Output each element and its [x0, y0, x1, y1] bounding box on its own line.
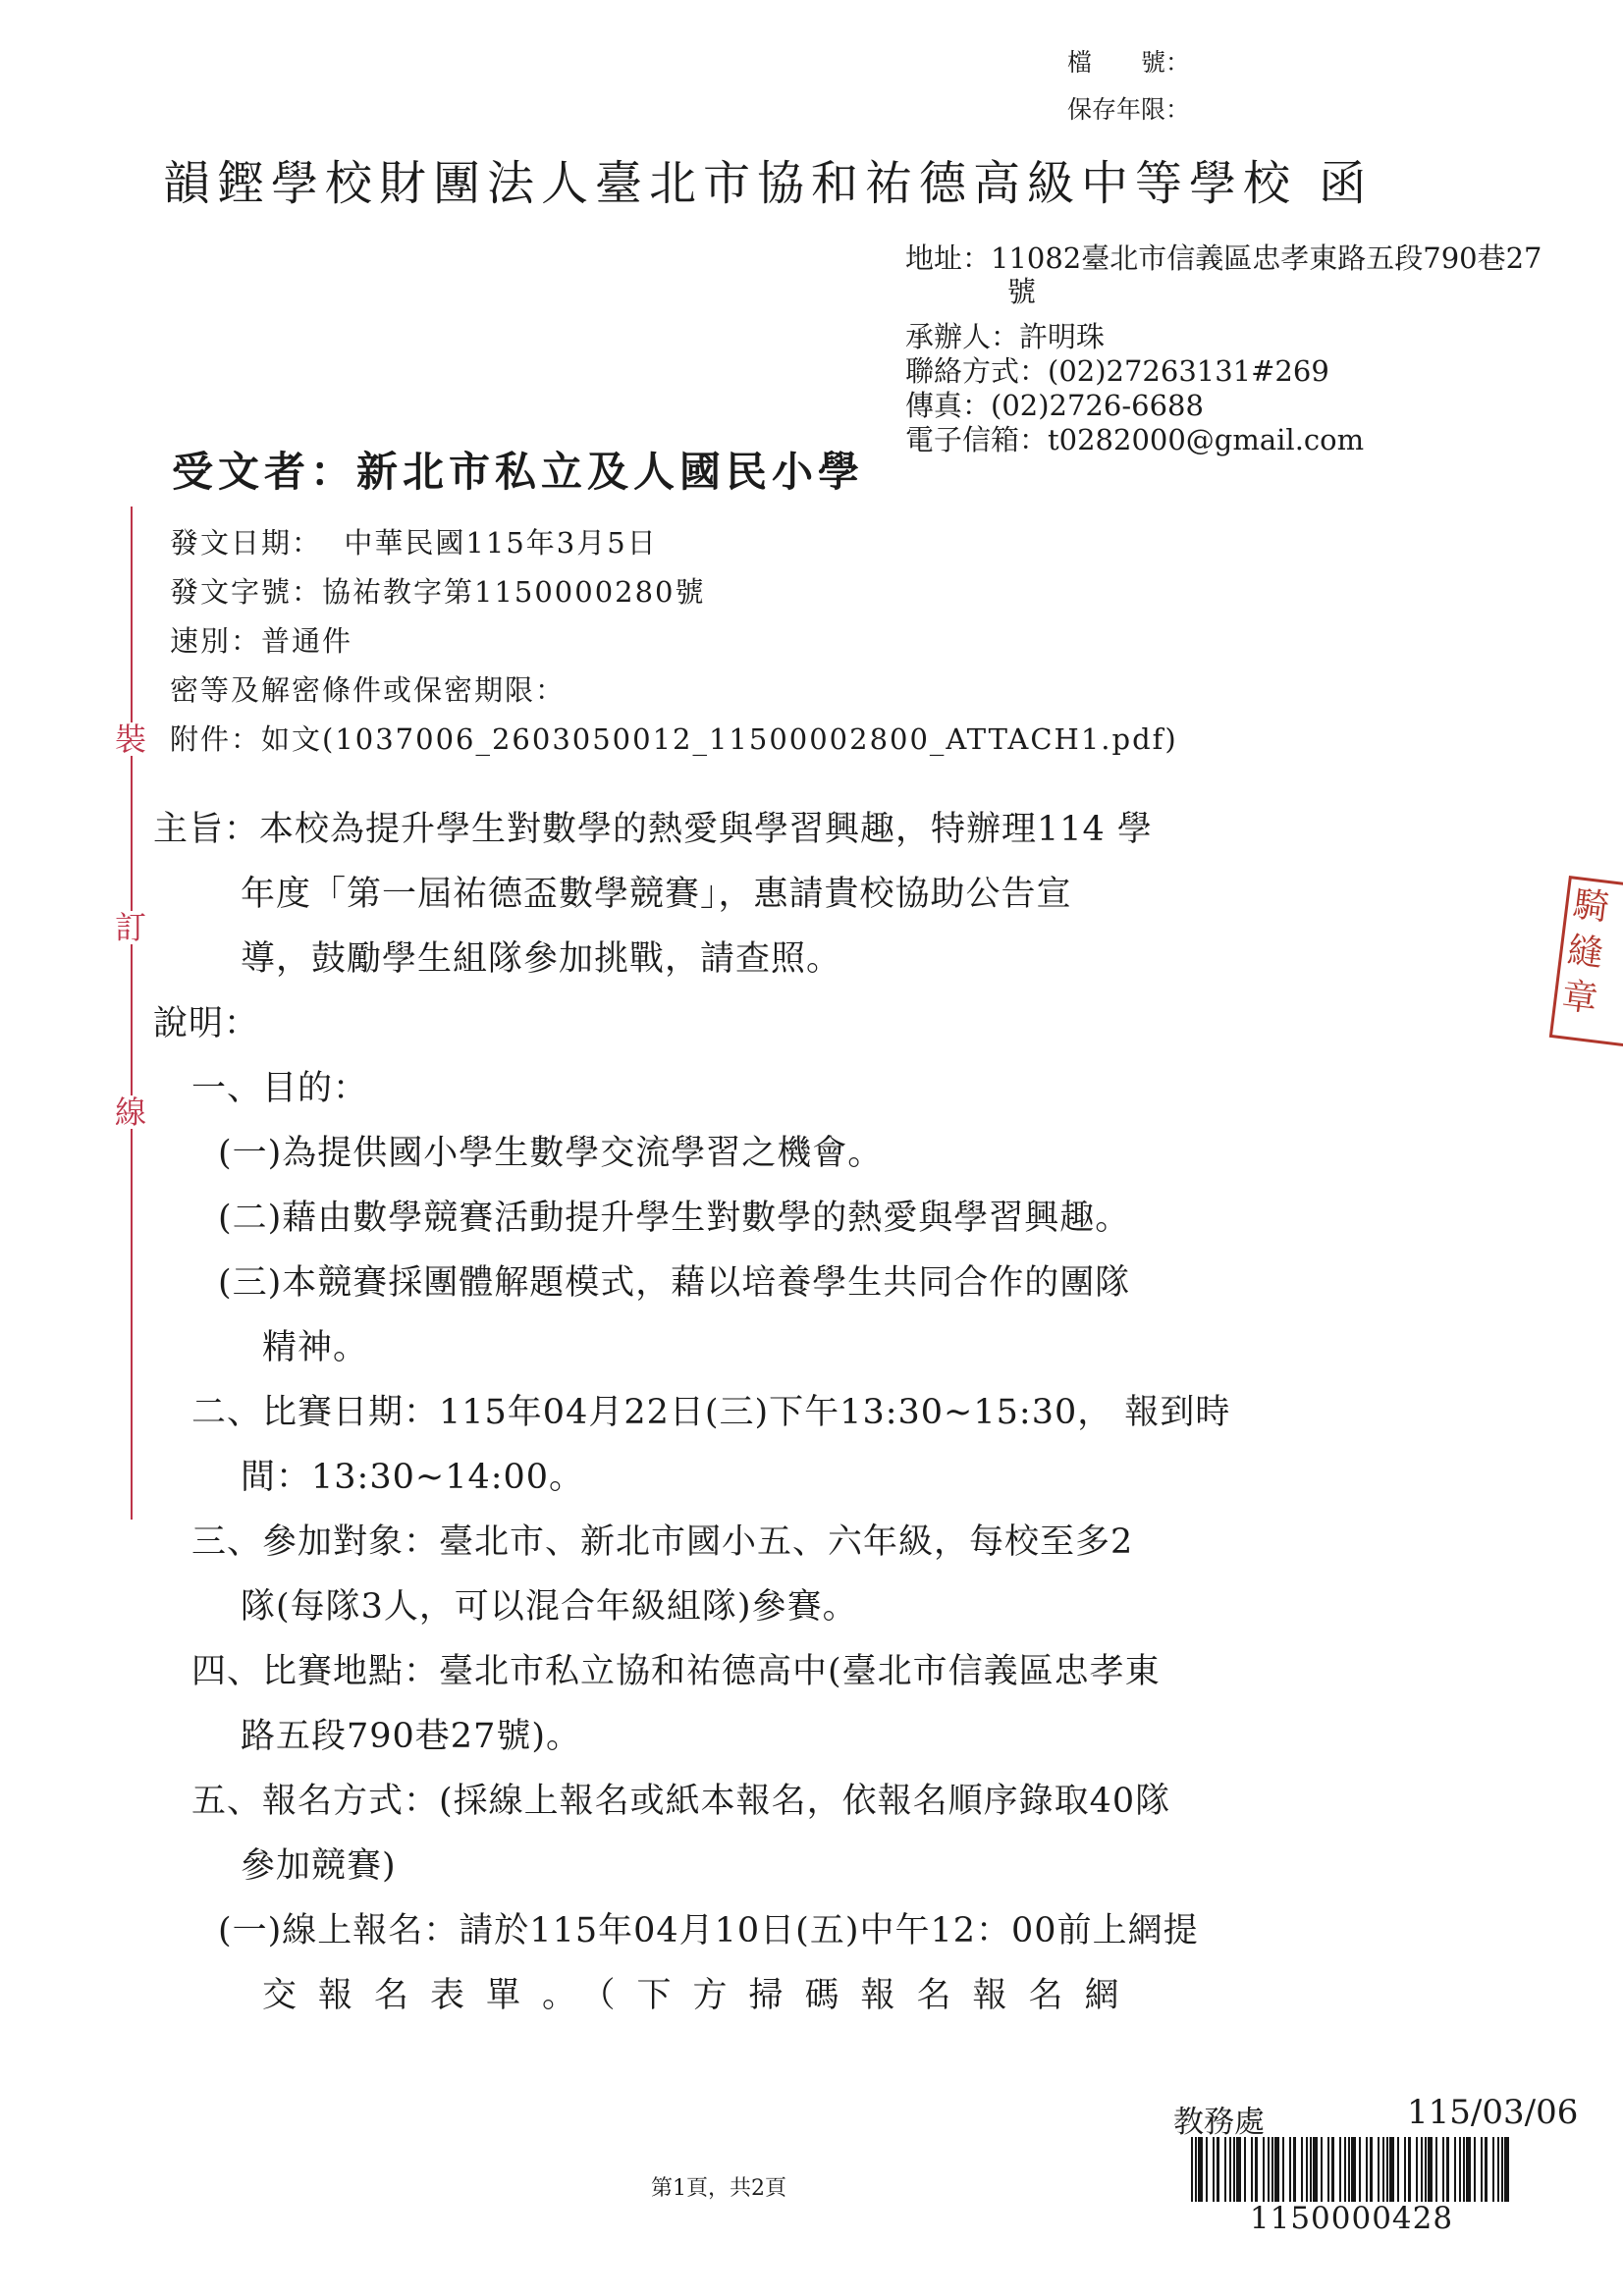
description-item-continuation: 參加競賽): [0, 1834, 1623, 1898]
official-letter-page: 檔 號： 保存年限： 韻鏗學校財團法人臺北市協和祐德高級中等學校 函 地址：11…: [0, 0, 1623, 2296]
seam-stamp-char: 章: [1560, 979, 1599, 1018]
subject-line: 主旨：本校為提升學生對數學的熱愛與學習興趣，特辦理114 學: [0, 797, 1623, 862]
description-item: 五、報名方式：(採線上報名或紙本報名，依報名順序錄取40隊: [0, 1769, 1623, 1834]
recipient-line: 受文者：新北市私立及人國民小學: [172, 440, 864, 499]
file-number-label: 檔 號：: [1067, 43, 1190, 79]
attachment-line: 附件：如文(1037006_2603050012_11500002800_ATT…: [170, 715, 1178, 764]
binding-char-xian: 線: [115, 1095, 146, 1129]
page-number-info: 第1頁，共2頁: [651, 2171, 786, 2202]
department-stamp-label: 教務處: [1173, 2097, 1265, 2141]
issue-date-line: 發文日期： 中華民國115年3月5日: [170, 518, 1178, 567]
contact-person: 承辦人：許明珠: [905, 320, 1542, 354]
description-item: 二、比賽日期：115年04月22日(三)下午13:30~15:30， 報到時: [0, 1380, 1623, 1445]
binding-line-rule: [131, 507, 133, 1520]
description-subitem: (二)藉由數學競賽活動提升學生對數學的熱愛與學習興趣。: [0, 1186, 1623, 1251]
description-subitem-continuation: 精神。: [0, 1315, 1623, 1380]
description-item: 一、目的：: [0, 1056, 1623, 1121]
sender-info-block: 地址：11082臺北市信義區忠孝東路五段790巷27 號 承辦人：許明珠 聯絡方…: [905, 241, 1542, 457]
seam-stamp-char: 縫: [1565, 934, 1604, 973]
description-item-continuation: 隊(每隊3人，可以混合年級組隊)參賽。: [0, 1575, 1623, 1639]
subject-line: 年度「第一屆祐德盃數學競賽」，惠請貴校協助公告宣: [0, 862, 1623, 927]
description-subitem: (三)本競賽採團體解題模式，藉以培養學生共同合作的團隊: [0, 1251, 1623, 1315]
stamp-date: 115/03/06: [1407, 2093, 1578, 2132]
document-title: 韻鏗學校財團法人臺北市協和祐德高級中等學校 函: [163, 145, 1373, 213]
description-heading: 說明：: [0, 991, 1623, 1056]
binding-char-zhuang: 裝: [115, 722, 146, 756]
document-barcode: [1191, 2137, 1512, 2202]
description-item-continuation: 間：13:30~14:00。: [0, 1445, 1623, 1510]
sender-contact-block: 承辦人：許明珠 聯絡方式：(02)27263131#269 傳真：(02)272…: [905, 320, 1542, 457]
contact-phone: 聯絡方式：(02)27263131#269: [905, 354, 1542, 389]
barcode-number: 1150000428: [1191, 2201, 1512, 2236]
sender-address-line2: 號: [905, 275, 1542, 308]
contact-email: 電子信箱：t0282000@gmail.com: [905, 423, 1542, 457]
seam-stamp-text: 騎 縫 章: [1560, 887, 1611, 1018]
seam-stamp-char: 騎: [1571, 887, 1610, 927]
description-item: 三、參加對象：臺北市、新北市國小五、六年級，每校至多2: [0, 1510, 1623, 1575]
description-item: 四、比賽地點：臺北市私立協和祐德高中(臺北市信義區忠孝東: [0, 1639, 1623, 1704]
contact-fax: 傳真：(02)2726-6688: [905, 389, 1542, 423]
description-item-continuation: 路五段790巷27號)。: [0, 1704, 1623, 1769]
priority-line: 速別：普通件: [170, 616, 1178, 666]
description-subitem: (一)為提供國小學生數學交流學習之機會。: [0, 1121, 1623, 1186]
document-meta-block: 發文日期： 中華民國115年3月5日 發文字號：協祐教字第1150000280號…: [170, 518, 1178, 764]
description-subitem: (一)線上報名：請於115年04月10日(五)中午12：00前上網提: [0, 1898, 1623, 1963]
binding-char-ding: 訂: [115, 911, 146, 944]
subject-line: 導，鼓勵學生組隊參加挑戰，請查照。: [0, 927, 1623, 991]
reference-number-line: 發文字號：協祐教字第1150000280號: [170, 567, 1178, 616]
sender-address-line1: 地址：11082臺北市信義區忠孝東路五段790巷27: [905, 241, 1542, 275]
letter-body: 主旨：本校為提升學生對數學的熱愛與學習興趣，特辦理114 學 年度「第一屆祐德盃…: [0, 797, 1623, 2028]
retention-period-label: 保存年限：: [1067, 90, 1190, 126]
description-subitem-continuation: 交報名表單。（下方掃碼報名報名網: [0, 1963, 1623, 2028]
secrecy-line: 密等及解密條件或保密期限：: [170, 666, 1178, 715]
